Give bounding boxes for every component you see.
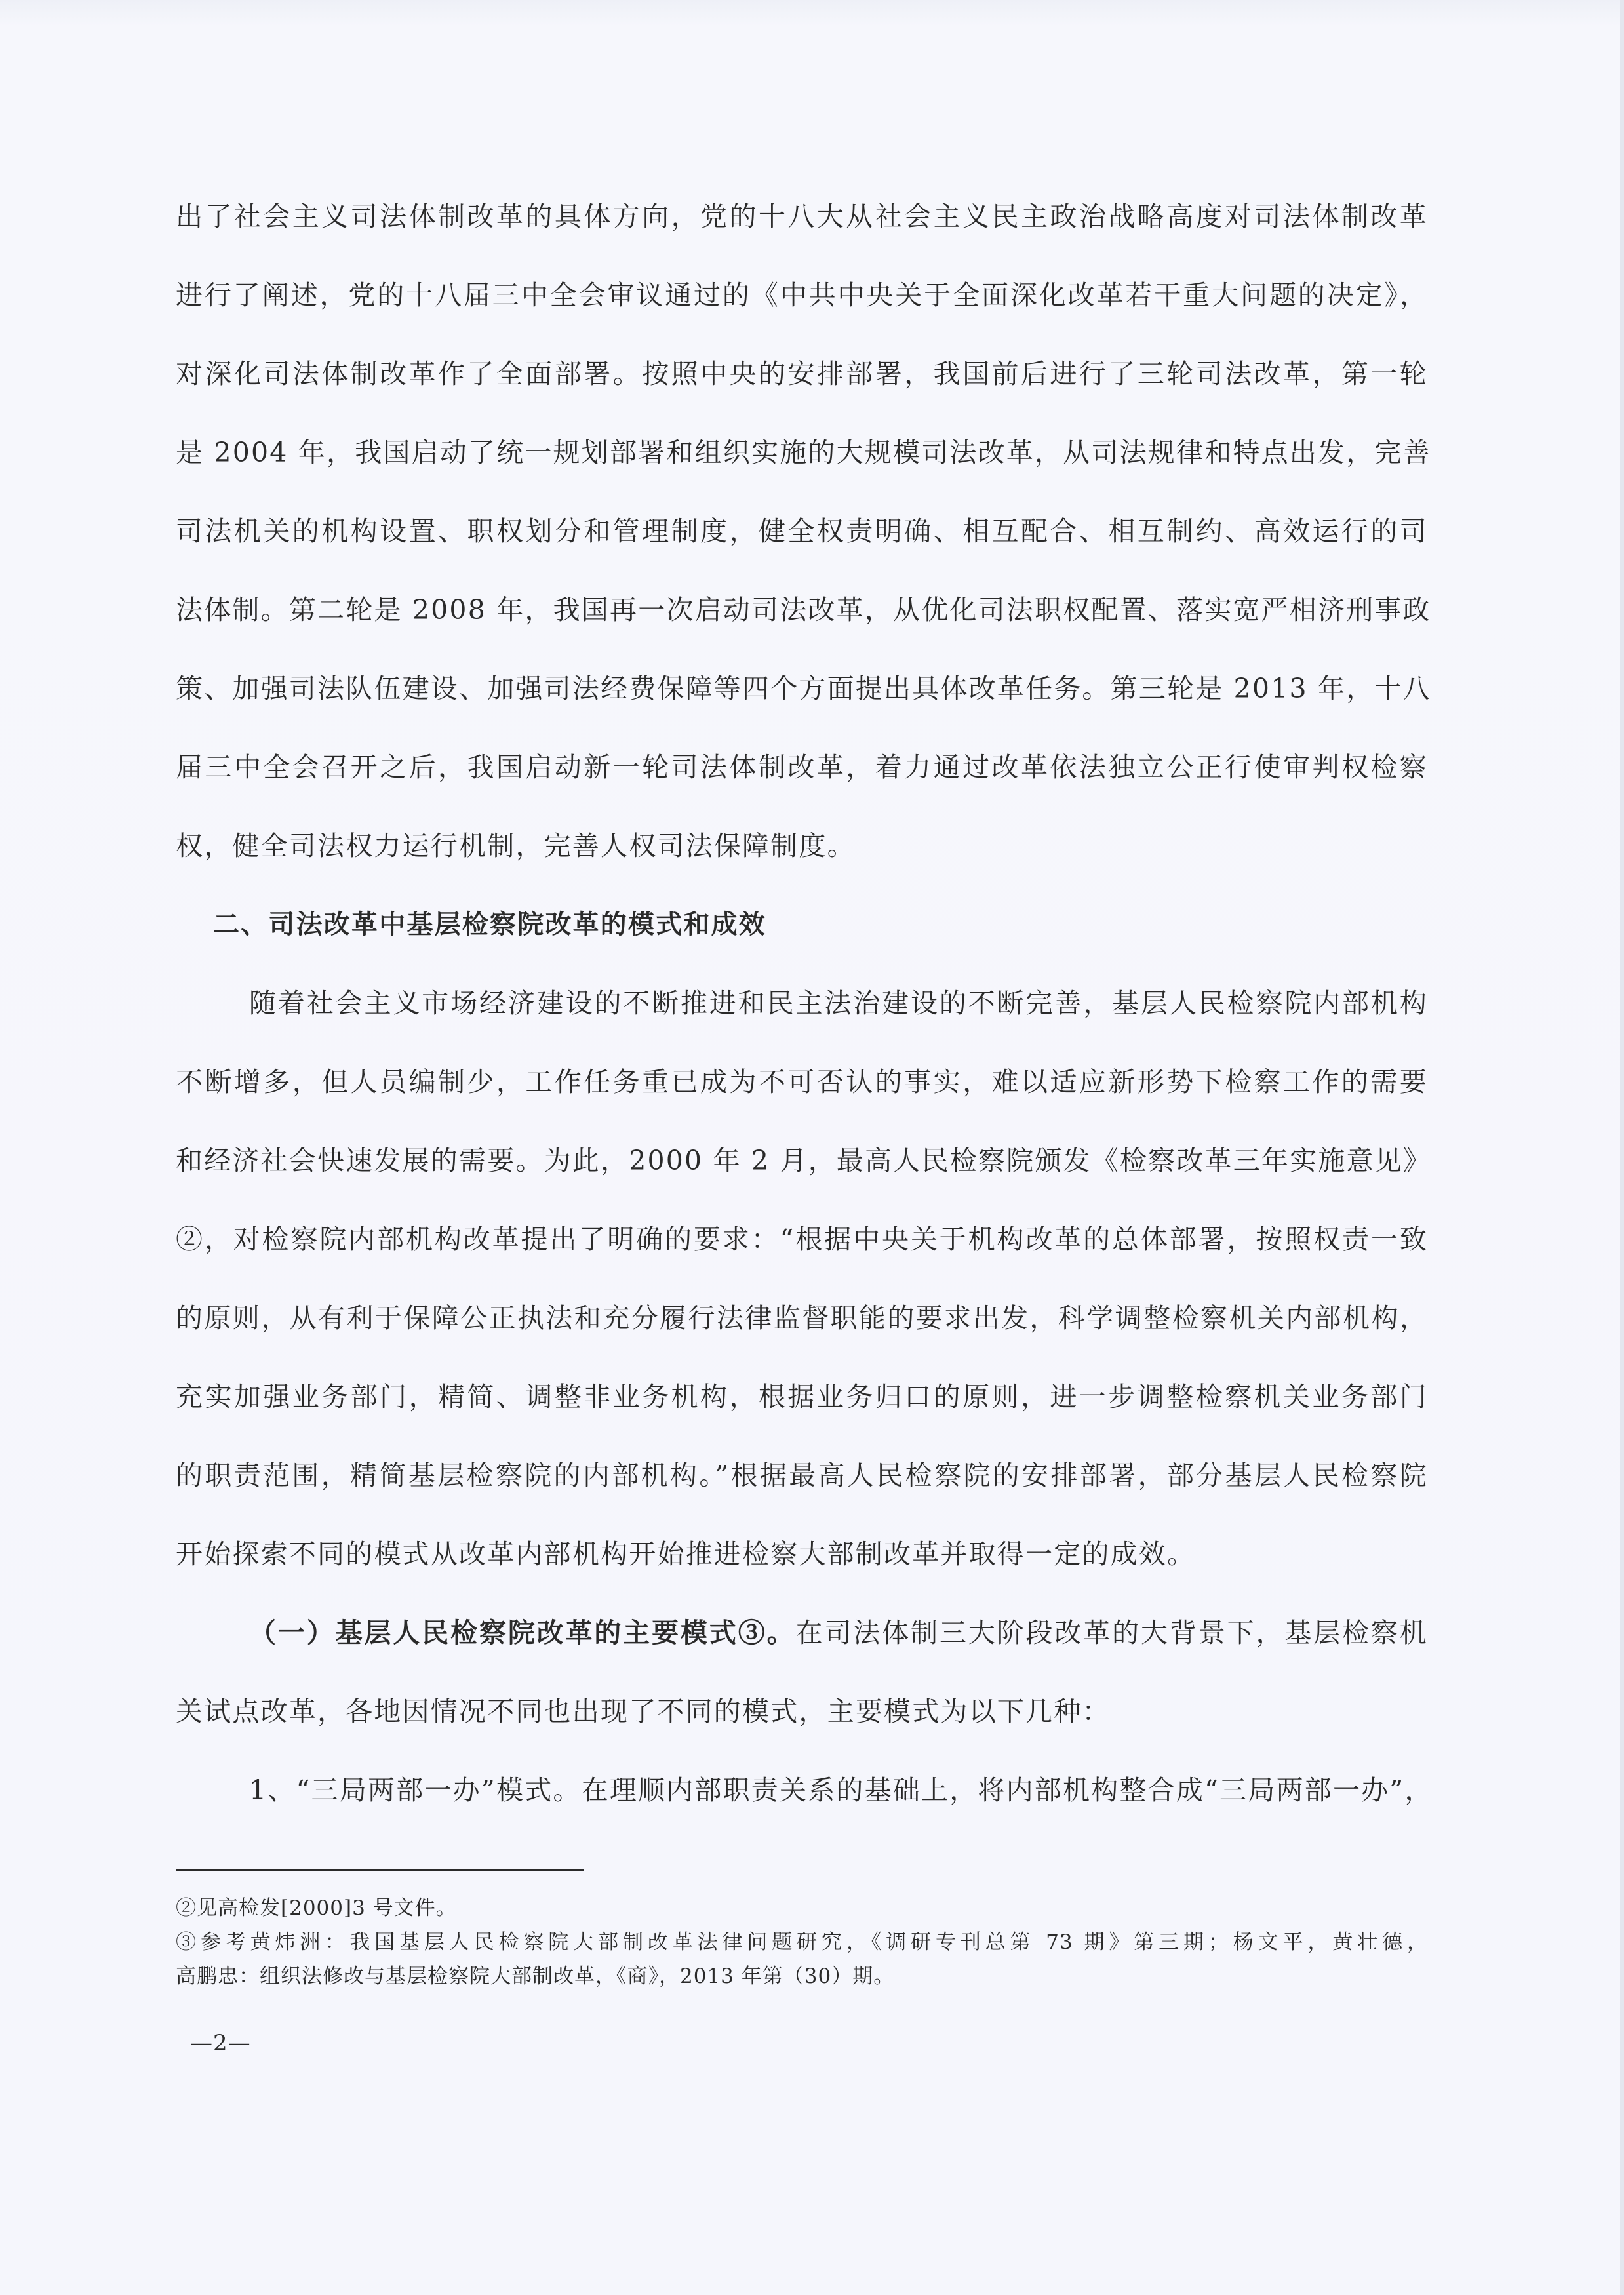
subsection-text: 在司法体制三大阶段改革的大背景下，基层检察机 xyxy=(796,1617,1428,1648)
footnote-separator xyxy=(176,1869,584,1871)
paragraph-line: 关试点改革，各地因情况不同也出现了不同的模式，主要模式为以下几种： xyxy=(176,1692,1111,1731)
page-number: —2— xyxy=(190,2030,251,2056)
paragraph-line: 法体制。第二轮是 2008 年，我国再一次启动司法改革，从优化司法职权配置、落实… xyxy=(176,590,1428,629)
paragraph-line: 权，健全司法权力运行机制，完善人权司法保障制度。 xyxy=(176,826,856,866)
subsection-title: （一）基层人民检察院改革的主要模式③。 xyxy=(249,1617,796,1648)
paragraph-line: 的职责范围，精简基层检察院的内部机构。”根据最高人民检察院的安排部署，部分基层人… xyxy=(176,1456,1428,1495)
paragraph-line: 进行了阐述，党的十八届三中全会审议通过的《中共中央关于全面深化改革若干重大问题的… xyxy=(176,275,1428,315)
paragraph-line: 随着社会主义市场经济建设的不断推进和民主法治建设的不断完善，基层人民检察院内部机… xyxy=(176,984,1428,1023)
paragraph-line: 充实加强业务部门，精简、调整非业务机构，根据业务归口的原则，进一步调整检察机关业… xyxy=(176,1377,1428,1416)
paragraph-line: 不断增多，但人员编制少，工作任务重已成为不可否认的事实，难以适应新形势下检察工作… xyxy=(176,1062,1428,1102)
paragraph-line: 对深化司法体制改革作了全面部署。按照中央的安排部署，我国前后进行了三轮司法改革，… xyxy=(176,354,1428,393)
paragraph-line: 策、加强司法队伍建设、加强司法经费保障等四个方面提出具体改革任务。第三轮是 20… xyxy=(176,669,1428,708)
page-edge xyxy=(1620,0,1624,2295)
list-item-line: 1、“三局两部一办”模式。在理顺内部职责关系的基础上，将内部机构整合成“三局两部… xyxy=(176,1770,1428,1810)
footnote-3: ③参考黄炜洲：我国基层人民检察院大部制改革法律问题研究，《调研专刊总第 73 期… xyxy=(176,1926,1428,1958)
paragraph-line: 的原则，从有利于保障公正执法和充分履行法律监督职能的要求出发，科学调整检察机关内… xyxy=(176,1298,1428,1338)
subsection-line: （一）基层人民检察院改革的主要模式③。在司法体制三大阶段改革的大背景下，基层检察… xyxy=(176,1613,1428,1652)
item-title: 1、“三局两部一办”模式。 xyxy=(249,1774,582,1806)
paragraph-line: 和经济社会快速发展的需要。为此，2000 年 2 月，最高人民检察院颁发《检察改… xyxy=(176,1141,1428,1180)
item-text: 在理顺内部职责关系的基础上，将内部机构整合成“三局两部一办”， xyxy=(582,1774,1433,1806)
footnote-3-continued: 高鹏忠：组织法修改与基层检察院大部制改革，《商》，2013 年第（30）期。 xyxy=(176,1961,894,1992)
paragraph-line: 出了社会主义司法体制改革的具体方向，党的十八大从社会主义民主政治战略高度对司法体… xyxy=(176,197,1428,236)
paragraph-line: ②，对检察院内部机构改革提出了明确的要求：“根据中央关于机构改革的总体部署，按照… xyxy=(176,1220,1428,1259)
paragraph-line: 开始探索不同的模式从改革内部机构开始推进检察大部制改革并取得一定的成效。 xyxy=(176,1534,1195,1574)
paragraph-line: 司法机关的机构设置、职权划分和管理制度，健全权责明确、相互配合、相互制约、高效运… xyxy=(176,511,1428,551)
scanned-page: 出了社会主义司法体制改革的具体方向，党的十八大从社会主义民主政治战略高度对司法体… xyxy=(0,0,1624,2295)
footnote-2: ②见高检发[2000]3 号文件。 xyxy=(176,1892,457,1924)
paragraph-line: 是 2004 年，我国启动了统一规划部署和组织实施的大规模司法改革，从司法规律和… xyxy=(176,433,1428,472)
section-heading: 二、司法改革中基层检察院改革的模式和成效 xyxy=(213,905,766,944)
paragraph-line: 届三中全会召开之后，我国启动新一轮司法体制改革，着力通过改革依法独立公正行使审判… xyxy=(176,748,1428,787)
